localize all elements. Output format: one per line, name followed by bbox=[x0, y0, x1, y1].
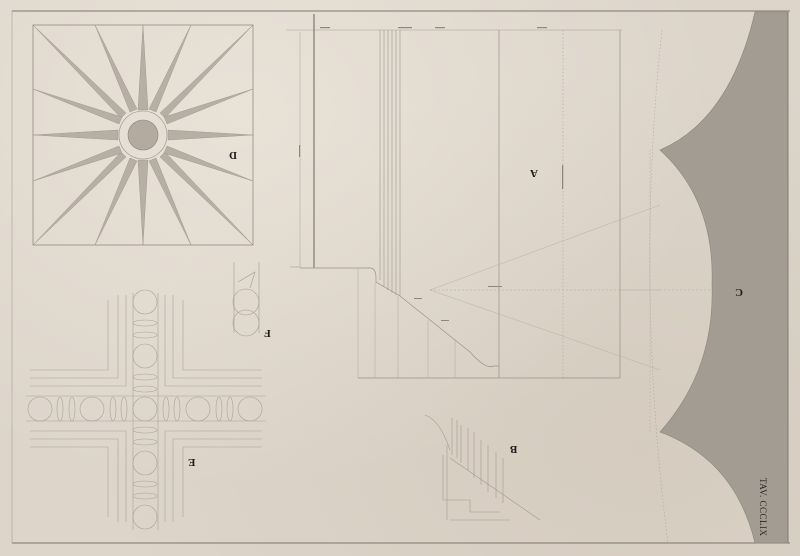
figure-label-c: C bbox=[735, 286, 743, 297]
figure-f-detail bbox=[233, 262, 300, 336]
figure-d-rosette bbox=[33, 25, 253, 245]
figure-e-cross bbox=[26, 290, 266, 530]
figure-b-profile bbox=[425, 415, 540, 520]
engraving-plate: D F E A C B TAV. CCCLIX bbox=[0, 0, 800, 556]
plate-drawing bbox=[0, 0, 800, 556]
figure-label-b: B bbox=[510, 443, 517, 454]
plate-number: TAV. CCCLIX bbox=[758, 478, 768, 548]
figure-label-e: E bbox=[188, 456, 195, 467]
figure-a-elevation bbox=[286, 14, 660, 378]
figure-c-arcs bbox=[620, 12, 788, 543]
figure-label-d: D bbox=[229, 149, 237, 160]
figure-label-a: A bbox=[530, 167, 538, 178]
figure-label-f: F bbox=[264, 327, 271, 338]
